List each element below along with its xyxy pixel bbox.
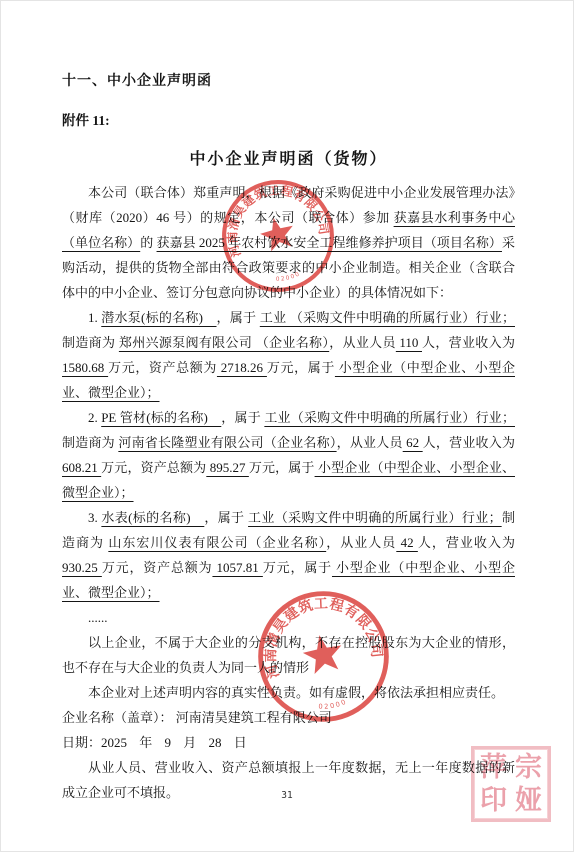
filled-blank: 608.21 bbox=[62, 460, 101, 475]
filled-blank: 895.27 bbox=[206, 460, 249, 475]
item-3-water-meter: 3. 水表(标的名称) ，属于 工业（采购文件中明确的所属行业）行业；制造商为 … bbox=[62, 505, 515, 605]
filled-blank: 山东宏川仪表有限公司（企业名称） bbox=[108, 535, 326, 550]
paragraph-text: 万元，属于 bbox=[263, 560, 332, 575]
name-seal-watermark: 萍 宗 印 娅 bbox=[471, 746, 551, 822]
responsibility-statement: 本企业对上述声明内容的真实性负责。如有虚假，将依法承担相应责任。 bbox=[62, 680, 515, 705]
no-large-enterprise-statement: 以上企业，不属于大企业的分支机构，不存在控股股东为大企业的情形，也不存在与大企业… bbox=[62, 630, 515, 680]
paragraph-text: 万元，资产总额为 bbox=[102, 560, 213, 575]
paragraph-text: 人，营业收入为 bbox=[418, 535, 515, 550]
filled-blank: PE 管材(标的名称) bbox=[101, 410, 221, 425]
paragraph-text: 人，营业收入为 bbox=[423, 435, 515, 450]
filled-blank: 930.25 bbox=[62, 560, 102, 575]
paragraph-text: 的 bbox=[140, 235, 156, 250]
filled-blank: 1057.81 bbox=[212, 560, 262, 575]
filled-blank: 1580.68 bbox=[62, 360, 108, 375]
paragraph-text: ，从业人员 bbox=[329, 335, 396, 350]
filled-blank: 110 bbox=[396, 335, 422, 350]
section-heading: 十一、中小企业声明函 bbox=[62, 70, 515, 90]
paragraph-text: ，从业人员 bbox=[337, 435, 403, 450]
paragraph-text: ，属于 bbox=[221, 410, 264, 425]
document-content: 十一、中小企业声明函 附件 11: 中小企业声明函（货物） 本公司（联合体）郑重… bbox=[62, 0, 515, 805]
paragraph-text: 万元，资产总额为 bbox=[101, 460, 206, 475]
page-number: 31 bbox=[0, 790, 574, 801]
ellipsis-line: ...... bbox=[62, 605, 515, 630]
paragraph-text: ，属于 bbox=[217, 310, 260, 325]
paragraph-text: 人，营业收入为 bbox=[422, 335, 515, 350]
filled-blank: 工业（采购文件中明确的所属行业）行业； bbox=[248, 510, 502, 525]
company-signature-line: 企业名称（盖章）： 河南清昊建筑工程有限公司 bbox=[62, 705, 515, 730]
paragraph-text: 制造商为 bbox=[62, 435, 118, 450]
filled-blank: 62 bbox=[403, 435, 423, 450]
paragraph-text: 1. bbox=[88, 310, 101, 325]
item-1-pump: 1. 潜水泵(标的名称) ，属于 工业 （采购文件中明确的所属行业）行业；制造商… bbox=[62, 305, 515, 405]
attachment-label: 附件 11: bbox=[62, 109, 515, 129]
filled-blank: 水表(标的名称) bbox=[101, 510, 204, 525]
paragraph-text: 3. bbox=[88, 510, 101, 525]
filled-blank: 工业（采购文件中明确的所属行业）行业； bbox=[264, 410, 515, 425]
paragraph-text: 万元，资产总额为 bbox=[108, 360, 217, 375]
declaration-paragraph: 本公司（联合体）郑重声明，根据《政府采购促进中小企业发展管理办法》（财库（202… bbox=[62, 180, 515, 305]
paragraph-text: 万元，属于 bbox=[249, 460, 315, 475]
name-seal-char: 宗 bbox=[511, 751, 546, 784]
document-page: 十一、中小企业声明函 附件 11: 中小企业声明函（货物） 本公司（联合体）郑重… bbox=[0, 0, 574, 852]
paragraph-text: ，从业人员 bbox=[326, 535, 396, 550]
filled-blank: 2718.26 bbox=[217, 360, 267, 375]
name-seal-char: 萍 bbox=[476, 751, 511, 784]
filled-blank: 郑州兴源泵阀有限公司 （企业名称） bbox=[119, 335, 329, 350]
filled-blank: 潜水泵(标的名称) bbox=[101, 310, 216, 325]
date-line: 日期：2025 年 9 月 28 日 bbox=[62, 730, 515, 755]
filled-blank: 获嘉县 2025 年农村饮水安全工程维修养护项目（项目名称） bbox=[157, 235, 502, 250]
paragraph-text: 2. bbox=[88, 410, 101, 425]
filled-blank: 工业 （采购文件中明确的所属行业）行业； bbox=[260, 310, 515, 325]
filled-blank: 河南省长隆塑业有限公司（企业名称） bbox=[118, 435, 336, 450]
paragraph-text: 万元，属于 bbox=[267, 360, 335, 375]
paragraph-text: ，属于 bbox=[204, 510, 248, 525]
paragraph-text: 制造商为 bbox=[62, 335, 119, 350]
document-title: 中小企业声明函（货物） bbox=[62, 146, 515, 169]
item-2-pe-pipe: 2. PE 管材(标的名称) ，属于 工业（采购文件中明确的所属行业）行业；制造… bbox=[62, 405, 515, 505]
filled-blank: 42 bbox=[396, 535, 418, 550]
